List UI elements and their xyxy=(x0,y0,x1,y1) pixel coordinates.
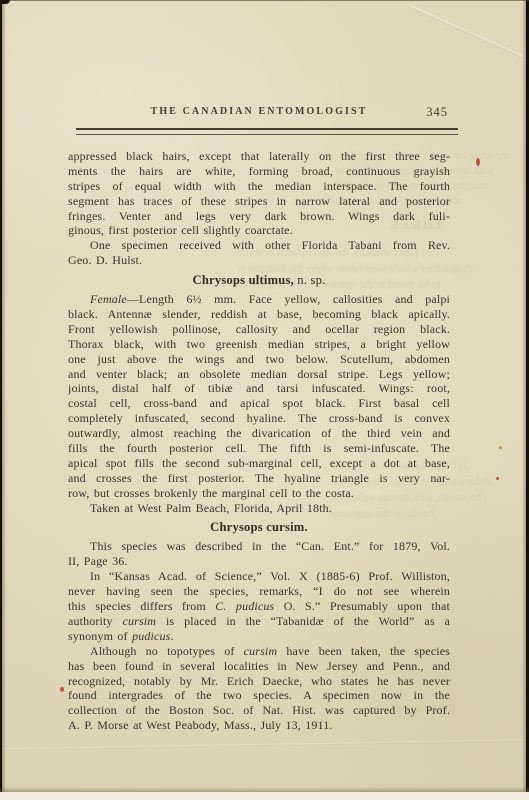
paragraph: Female—Length 6½ mm. Face yellow, callos… xyxy=(68,292,450,500)
text-line: has been found in several localities in … xyxy=(68,659,450,674)
paragraph: appressed black hairs, except that later… xyxy=(68,149,450,238)
header-rule xyxy=(76,128,458,135)
text-segment: Taken at West Palm Beach, Florida, April… xyxy=(90,501,332,515)
text-segment: joints, distal half of tibiæ and tarsi i… xyxy=(68,381,450,395)
text-line: ments the hairs are white, forming broad… xyxy=(68,164,450,179)
species-heading: Chrysops cursim. xyxy=(68,520,450,535)
text-line: fringes. Venter and legs very dark brown… xyxy=(68,209,450,224)
text-line: recognized, notably by Mr. Erich Daecke,… xyxy=(68,674,450,689)
text-line: synonym of pudicus. xyxy=(68,629,450,644)
scan-edge-left-shadow xyxy=(2,0,6,800)
text-line: costal cell, cross-band and apical spot … xyxy=(68,396,450,411)
text-segment: pudicus xyxy=(132,629,170,643)
text-segment: this species differs from xyxy=(68,599,215,613)
scanned-journal-page: the wing bases of the male are yellowwit… xyxy=(0,0,529,800)
text-line: completely infuscated, second hyaline. T… xyxy=(68,411,450,426)
text-segment: ginous, first posterior cell slightly co… xyxy=(68,223,293,237)
text-segment: Chrysops cursim. xyxy=(210,520,308,534)
text-segment: and crosses the first posterior. The hya… xyxy=(68,471,450,485)
text-line: stripes of equal width with the median i… xyxy=(68,179,450,194)
text-segment: ments the hairs are white, forming broad… xyxy=(68,164,450,178)
text-line: fills the fourth posterior cell. The fif… xyxy=(68,441,450,456)
text-line: Although no topotypes of cursim have bee… xyxy=(68,644,450,659)
text-line: Female—Length 6½ mm. Face yellow, callos… xyxy=(68,292,450,307)
text-segment: authority xyxy=(68,614,123,628)
paper-crease xyxy=(407,4,527,60)
text-segment: black. Antennæ slender, reddish at base,… xyxy=(68,307,450,321)
text-segment: One specimen received with other Florida… xyxy=(90,238,450,252)
text-line: segment has traces of these stripes in n… xyxy=(68,194,450,209)
ink-speck xyxy=(499,446,502,449)
page-body: THE CANADIAN ENTOMOLOGIST 345 appressed … xyxy=(68,106,450,733)
text-line: collection of the Boston Soc. of Nat. Hi… xyxy=(68,703,450,718)
species-heading: Chrysops ultimus, n. sp. xyxy=(68,273,450,288)
text-segment: Chrysops ultimus, xyxy=(193,273,294,287)
text-line: Taken at West Palm Beach, Florida, April… xyxy=(68,501,450,516)
text-segment: segment has traces of these stripes in n… xyxy=(68,194,450,208)
text-segment: is placed in the “Tabanidæ of the World”… xyxy=(156,614,450,628)
text-line: A. P. Morse at West Peabody, Mass., July… xyxy=(68,718,450,733)
text-segment: Although no topotypes of xyxy=(90,644,244,658)
text-segment: apical spot fills the second sub-margina… xyxy=(68,456,450,470)
text-line: and venter black; an obsolete median dor… xyxy=(68,367,450,382)
paragraph: In “Kansas Acad. of Science,” Vol. X (18… xyxy=(68,569,450,643)
text-segment: fills the fourth posterior cell. The fif… xyxy=(68,441,450,455)
text-segment: collection of the Boston Soc. of Nat. Hi… xyxy=(68,703,450,717)
paragraph: This species was described in the “Can. … xyxy=(68,539,450,569)
scan-edge-top xyxy=(0,0,529,1)
ink-speck xyxy=(496,477,499,480)
text-line: Geo. D. Hulst. xyxy=(68,253,450,268)
scan-edge-right-shadow xyxy=(522,0,526,792)
text-segment: Geo. D. Hulst. xyxy=(68,253,142,267)
text-segment: row, but crosses brokenly the marginal c… xyxy=(68,486,354,500)
text-segment: . xyxy=(170,629,173,643)
text-segment: Front yellowish pollinose, callosity and… xyxy=(68,322,450,336)
text-segment: O. S.” Presumably upon that xyxy=(274,599,450,613)
journal-title: THE CANADIAN ENTOMOLOGIST xyxy=(68,106,450,117)
text-line: found intergrades of the two species. A … xyxy=(68,688,450,703)
running-header: THE CANADIAN ENTOMOLOGIST 345 xyxy=(68,106,450,123)
text-segment: outwardly, almost reaching the divaricat… xyxy=(68,426,450,440)
text-segment: found intergrades of the two species. A … xyxy=(68,688,450,702)
text-segment: This species was described in the “Can. … xyxy=(90,539,450,553)
text-line: row, but crosses brokenly the marginal c… xyxy=(68,486,450,501)
scan-bottom-strip xyxy=(0,792,529,800)
text-segment: Female xyxy=(90,292,127,306)
text-segment: completely infuscated, second hyaline. T… xyxy=(68,411,450,425)
text-line: joints, distal half of tibiæ and tarsi i… xyxy=(68,381,450,396)
text-segment: In “Kansas Acad. of Science,” Vol. X (18… xyxy=(90,569,450,583)
page-content: appressed black hairs, except that later… xyxy=(68,149,450,733)
text-line: authority cursim is placed in the “Taban… xyxy=(68,614,450,629)
text-line: One specimen received with other Florida… xyxy=(68,238,450,253)
text-segment: n. sp. xyxy=(294,273,326,287)
paper-crease xyxy=(0,739,529,750)
text-line: and crosses the first posterior. The hya… xyxy=(68,471,450,486)
paragraph: One specimen received with other Florida… xyxy=(68,238,450,268)
text-segment: A. P. Morse at West Peabody, Mass., July… xyxy=(68,718,333,732)
text-segment: C. pudicus xyxy=(215,599,274,613)
text-segment: cursim xyxy=(244,644,278,658)
text-segment: appressed black hairs, except that later… xyxy=(68,149,450,163)
paragraph: Taken at West Palm Beach, Florida, April… xyxy=(68,501,450,516)
text-line: appressed black hairs, except that later… xyxy=(68,149,450,164)
text-line: never having seen the species, remarks, … xyxy=(68,584,450,599)
scan-corner-mark xyxy=(0,0,10,4)
ink-speck xyxy=(476,158,480,166)
text-line: Front yellowish pollinose, callosity and… xyxy=(68,322,450,337)
text-line: black. Antennæ slender, reddish at base,… xyxy=(68,307,450,322)
text-line: This species was described in the “Can. … xyxy=(68,539,450,554)
text-line: outwardly, almost reaching the divaricat… xyxy=(68,426,450,441)
text-segment: and venter black; an obsolete median dor… xyxy=(68,367,450,381)
page-number: 345 xyxy=(426,105,448,120)
text-segment: synonym of xyxy=(68,629,132,643)
text-segment: Thorax black, with two greenish median s… xyxy=(68,337,450,351)
text-line: Thorax black, with two greenish median s… xyxy=(68,337,450,352)
ink-speck xyxy=(60,687,64,692)
text-segment: fringes. Venter and legs very dark brown… xyxy=(68,209,450,223)
text-line: ginous, first posterior cell slightly co… xyxy=(68,223,450,238)
text-segment: II, Page 36. xyxy=(68,554,128,568)
text-segment: has been found in several localities in … xyxy=(68,659,450,673)
text-segment: stripes of equal width with the median i… xyxy=(68,179,450,193)
text-segment: —Length 6½ mm. Face yellow, callosities … xyxy=(127,292,450,306)
text-segment: have been taken, the species xyxy=(277,644,450,658)
text-line: this species differs from C. pudicus O. … xyxy=(68,599,450,614)
text-segment: cursim xyxy=(123,614,157,628)
text-segment: recognized, notably by Mr. Erich Daecke,… xyxy=(68,674,450,688)
text-line: apical spot fills the second sub-margina… xyxy=(68,456,450,471)
paragraph: Although no topotypes of cursim have bee… xyxy=(68,644,450,733)
text-line: In “Kansas Acad. of Science,” Vol. X (18… xyxy=(68,569,450,584)
text-segment: one just above the wings and two below. … xyxy=(68,352,450,366)
text-line: one just above the wings and two below. … xyxy=(68,352,450,367)
text-segment: costal cell, cross-band and apical spot … xyxy=(68,396,450,410)
text-segment: never having seen the species, remarks, … xyxy=(68,584,450,598)
text-line: II, Page 36. xyxy=(68,554,450,569)
